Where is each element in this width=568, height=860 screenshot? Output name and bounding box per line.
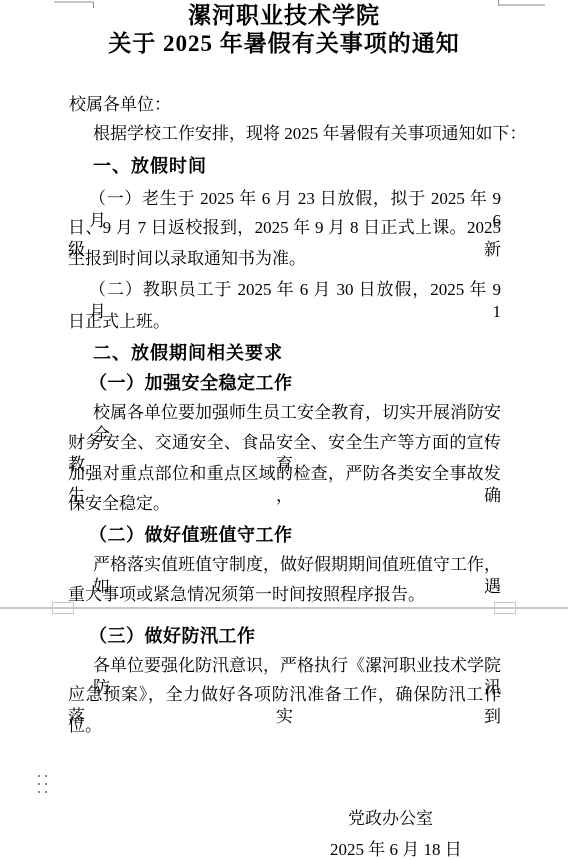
subheading-duty: （二）做好值班值守工作 [89,524,293,546]
para-flood-line3: 位。 [68,715,102,737]
drag-handle-dots-icon [38,775,40,777]
signature-department: 党政办公室 [348,808,433,830]
para-duty-line2: 重大事项或紧急情况须第一时间按照程序报告。 [68,584,425,606]
para-flood-line2: 应急预案》，全力做好各项防汛准备工作，确保防汛工作落实到 [68,684,501,728]
para-staff-line2: 日正式上班。 [68,311,170,333]
heading-holiday-time: 一、放假时间 [93,155,207,177]
para-safety-line4: 保安全稳定。 [68,493,170,515]
subheading-flood: （三）做好防汛工作 [89,625,256,647]
subheading-safety: （一）加强安全稳定工作 [89,372,293,394]
intro-line: 根据学校工作安排，现将 2025 年暑假有关事项通知如下： [93,123,527,145]
heading-requirements: 二、放假期间相关要求 [93,342,283,364]
document-title-line1: 漯河职业技术学院 [0,3,568,29]
page-break-line [0,607,568,609]
page-break-marker-right-icon [494,602,516,614]
page-break-marker-left-icon [52,602,74,614]
para-students-line3: 生报到时间以录取通知书为准。 [68,248,306,270]
document-title-line2: 关于 2025 年暑假有关事项的通知 [0,31,568,57]
document-page: 漯河职业技术学院 关于 2025 年暑假有关事项的通知 校属各单位： 根据学校工… [0,0,568,860]
salutation-line: 校属各单位： [69,94,171,116]
signature-date: 2025 年 6 月 18 日 [330,839,462,860]
